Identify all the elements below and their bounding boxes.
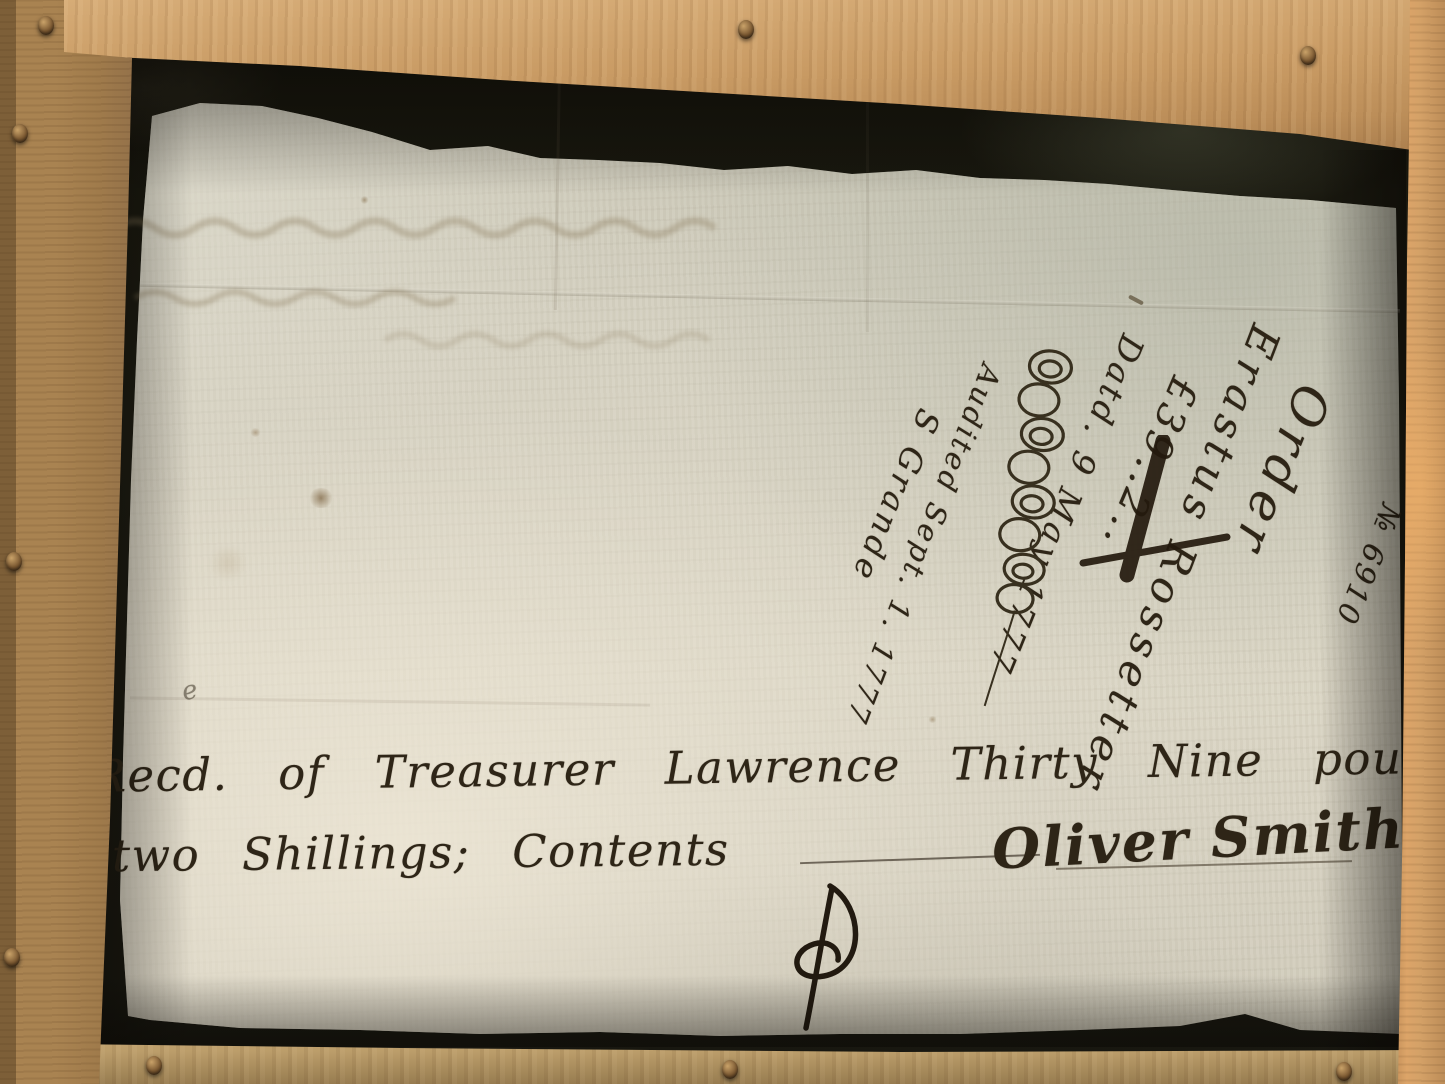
- framed-document-photo: Order № 6910 Erastus Rossetter £39..2.. …: [0, 0, 1445, 1084]
- paper-speck-2: [928, 716, 937, 723]
- brass-tack-left-mid: [6, 552, 22, 571]
- brass-tack-bottom-right: [1336, 1062, 1352, 1081]
- brass-tack-top-left: [38, 16, 54, 35]
- brass-tack-bottom-mid: [722, 1060, 738, 1079]
- receipt-line-2: two Shillings; Contents: [112, 823, 730, 882]
- paper-smudge: [205, 548, 251, 578]
- ink-flourish: [752, 880, 882, 1035]
- brass-tack-bottom-left: [146, 1056, 162, 1075]
- audit-cross-mark: [1075, 435, 1240, 595]
- brass-tack-left-upper: [12, 124, 28, 143]
- brass-tack-left-lower: [4, 948, 20, 967]
- bleed-through-writing-2: [380, 300, 740, 380]
- brass-tack-top-right: [1300, 46, 1316, 65]
- brass-tack-top-mid: [738, 20, 754, 39]
- ink-stain: [308, 488, 334, 508]
- paper-stain: [250, 428, 261, 437]
